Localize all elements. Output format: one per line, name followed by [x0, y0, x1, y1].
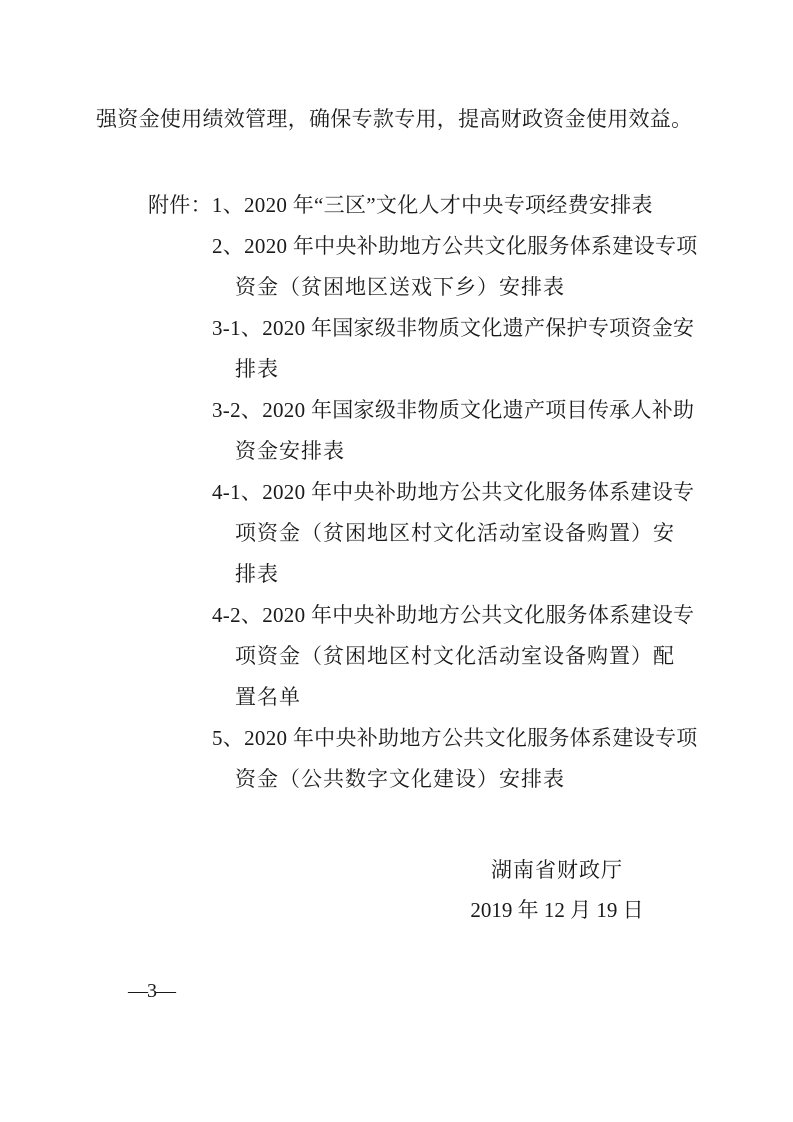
attachment-line: 项资金（贫困地区村文化活动室设备购置）配	[235, 636, 728, 677]
attachment-line: 资金安排表	[235, 431, 728, 472]
attachment-line: 置名单	[235, 677, 728, 718]
attachment-line: 5、2020 年中央补助地方公共文化服务体系建设专项	[212, 718, 728, 759]
attachment-line: 项资金（贫困地区村文化活动室设备购置）安	[235, 513, 728, 554]
attachment-list: 附件：1、2020 年“三区”文化人才中央专项经费安排表2、2020 年中央补助…	[148, 185, 728, 800]
attachment-line: 2、2020 年中央补助地方公共文化服务体系建设专项	[212, 226, 728, 267]
attachment-line: 3-1、2020 年国家级非物质文化遗产保护专项资金安	[212, 308, 728, 349]
attachment-line: 资金（公共数字文化建设）安排表	[235, 759, 728, 800]
issuer-name: 湖南省财政厅	[447, 850, 667, 890]
attachment-line: 4-2、2020 年中央补助地方公共文化服务体系建设专	[212, 595, 728, 636]
document-page: 强资金使用绩效管理，确保专款专用，提高财政资金使用效益。 附件：1、2020 年…	[0, 0, 793, 1122]
attachment-line: 4-1、2020 年中央补助地方公共文化服务体系建设专	[212, 472, 728, 513]
signature-block: 湖南省财政厅 2019 年 12 月 19 日	[447, 850, 667, 930]
attachment-line: 资金（贫困地区送戏下乡）安排表	[235, 267, 728, 308]
issue-date: 2019 年 12 月 19 日	[447, 890, 667, 930]
attachment-line: 3-2、2020 年国家级非物质文化遗产项目传承人补助	[212, 390, 728, 431]
attachment-line: 排表	[235, 554, 728, 595]
page-number: —3—	[128, 980, 175, 1003]
closing-paragraph: 强资金使用绩效管理，确保专款专用，提高财政资金使用效益。	[96, 104, 716, 134]
attachment-line: 排表	[235, 349, 728, 390]
attachment-line: 附件：1、2020 年“三区”文化人才中央专项经费安排表	[148, 185, 728, 226]
